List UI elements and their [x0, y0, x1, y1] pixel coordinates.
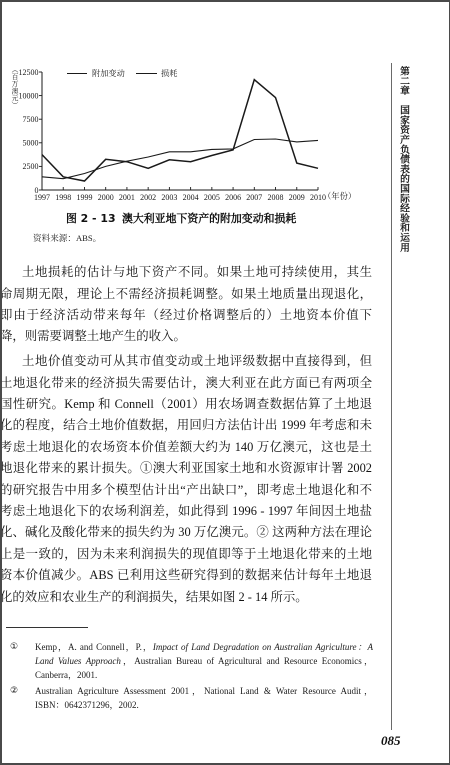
footnote-line: ISBN：0642371296，2002. — [35, 699, 373, 713]
chapter-title: 国家资产负债表的国际经验和运用 — [398, 105, 408, 252]
y-tick-label: 12500 — [19, 68, 39, 77]
y-tick-label: 10000 — [19, 91, 39, 100]
text-line: 土地损耗的估计与地下资产不同。如果土地可持续使用，其生 — [0, 262, 372, 283]
text-line: 资本价值减少。ABS 已利用这些研究得到的数据来估计每年土地退 — [0, 565, 372, 586]
margin-rule — [391, 63, 392, 730]
citation-authors: Kemp，A. and Connell，P.， — [35, 642, 153, 652]
x-tick-label: 2000 — [98, 193, 114, 202]
citation-title: Impact of Land Degradation on Australian… — [153, 642, 373, 652]
depletion-series-line — [42, 139, 318, 179]
legend-swatch-depletion — [136, 73, 157, 74]
text-line: 地退化带来的累计损失。①澳大利亚国家土地和水资源审计署 2002 — [0, 458, 372, 479]
x-tick-label: 2005 — [204, 193, 220, 202]
footnote-text: Kemp，A. and Connell，P.，Impact of Land De… — [35, 641, 373, 682]
text-line: 考虑土地退化下的农场利润差，如此得到 1996 - 1997 年间因土地盐 — [0, 501, 372, 522]
text-line: 化、碱化及酸化带来的损失约为 30 万亿澳元。② 这两种方法在理论 — [0, 522, 372, 543]
footnote-line: Australian Agriculture Assessment 2001，N… — [35, 685, 373, 699]
citation-publisher: ，Australian Bureau of Agricultural and R… — [121, 656, 373, 666]
paragraph-land-value: 土地价值变动可从其市值变动或土地评级数据中直接得到，但 土地退化带来的经济损失需… — [0, 351, 372, 608]
page-number: 085 — [381, 733, 401, 749]
y-axis-ticks: 02500500075001000012500 — [19, 68, 43, 195]
paragraph-land-depletion: 土地损耗的估计与地下资产不同。如果土地可持续使用，其生 命周期无限，理论上不需经… — [0, 262, 372, 348]
text-line: 的研究报告中用多个模型估计出“产出缺口”，即考虑土地退化和不 — [0, 480, 372, 501]
line-chart: 02500500075001000012500 1997199819992000… — [0, 50, 380, 210]
x-tick-label: 2009 — [289, 193, 305, 202]
footnote-marker: ② — [10, 685, 18, 699]
text-line: 国性研究。Kemp 和 Connell（2001）用农场调查数据估算了土地退 — [0, 394, 372, 415]
chapter-number: 第二章 — [398, 66, 408, 95]
chart-series — [42, 80, 318, 181]
x-axis-ticks: 1997199819992000200120022003200420052006… — [34, 187, 326, 202]
citation-title: Land Values Approach — [35, 656, 121, 666]
y-tick-label: 5000 — [23, 139, 39, 148]
footnote-line: Canberra，2001. — [35, 669, 373, 683]
footnote-divider — [6, 627, 88, 628]
x-tick-label: 2002 — [140, 193, 156, 202]
figure-source: 资料来源：ABS。 — [33, 233, 101, 243]
legend-swatch-additions — [67, 73, 87, 75]
footnote-line: Kemp，A. and Connell，P.，Impact of Land De… — [35, 641, 373, 655]
text-line: 化的程度，结合土地价值数据，用回归方法估计出 1999 年考虑和未 — [0, 415, 372, 436]
x-tick-label: 2008 — [268, 193, 284, 202]
y-tick-label: 7500 — [23, 115, 39, 124]
figure-title: 澳大利亚地下资产的附加变动和损耗 — [122, 212, 296, 225]
x-axis-label: （年份） — [323, 192, 356, 202]
footnote-text: Australian Agriculture Assessment 2001，N… — [35, 685, 373, 713]
x-tick-label: 1997 — [34, 193, 50, 202]
y-tick-label: 2500 — [23, 162, 39, 171]
text-line: 命周期无限，理论上不需经济损耗调整。如果土地质量出现退化， — [0, 284, 372, 305]
x-tick-label: 2006 — [225, 193, 241, 202]
text-line: 考虑土地退化的农场资本价值差额大约为 140 万亿澳元，这也是土 — [0, 437, 372, 458]
text-line: 即由于经济活动带来每年（经过价格调整后的）土地资本价值下 — [0, 305, 372, 326]
x-tick-label: 1999 — [76, 193, 92, 202]
x-tick-label: 2003 — [161, 193, 177, 202]
text-line: 土地退化带来的经济损失需要估计，澳大利亚在此方面已有两项全 — [0, 373, 372, 394]
figure-caption: 图 2 - 13澳大利亚地下资产的附加变动和损耗 — [66, 212, 296, 225]
text-line: 化的效应和农业生产的利润损失，结果如图 2 - 14 所示。 — [0, 587, 372, 608]
x-tick-label: 1998 — [55, 193, 71, 202]
legend-label-depletion: 损耗 — [161, 68, 177, 78]
y-axis-label: （百万澳元） — [10, 66, 18, 109]
text-line: 上是一致的，因为未来利润损失的现值即等于土地退化带来的土地 — [0, 544, 372, 565]
legend-label-additions: 附加变动 — [92, 68, 125, 78]
x-tick-label: 2004 — [183, 193, 199, 202]
figure-number: 图 2 - 13 — [66, 212, 122, 225]
additions-series-line — [42, 80, 318, 181]
footnote-line: Land Values Approach，Australian Bureau o… — [35, 655, 373, 669]
footnote-marker: ① — [10, 641, 18, 655]
x-tick-label: 2001 — [119, 193, 135, 202]
text-line: 土地价值变动可从其市值变动或土地评级数据中直接得到，但 — [0, 351, 372, 372]
text-line: 降，则需要调整土地产生的收入。 — [0, 326, 372, 347]
x-tick-label: 2007 — [246, 193, 262, 202]
